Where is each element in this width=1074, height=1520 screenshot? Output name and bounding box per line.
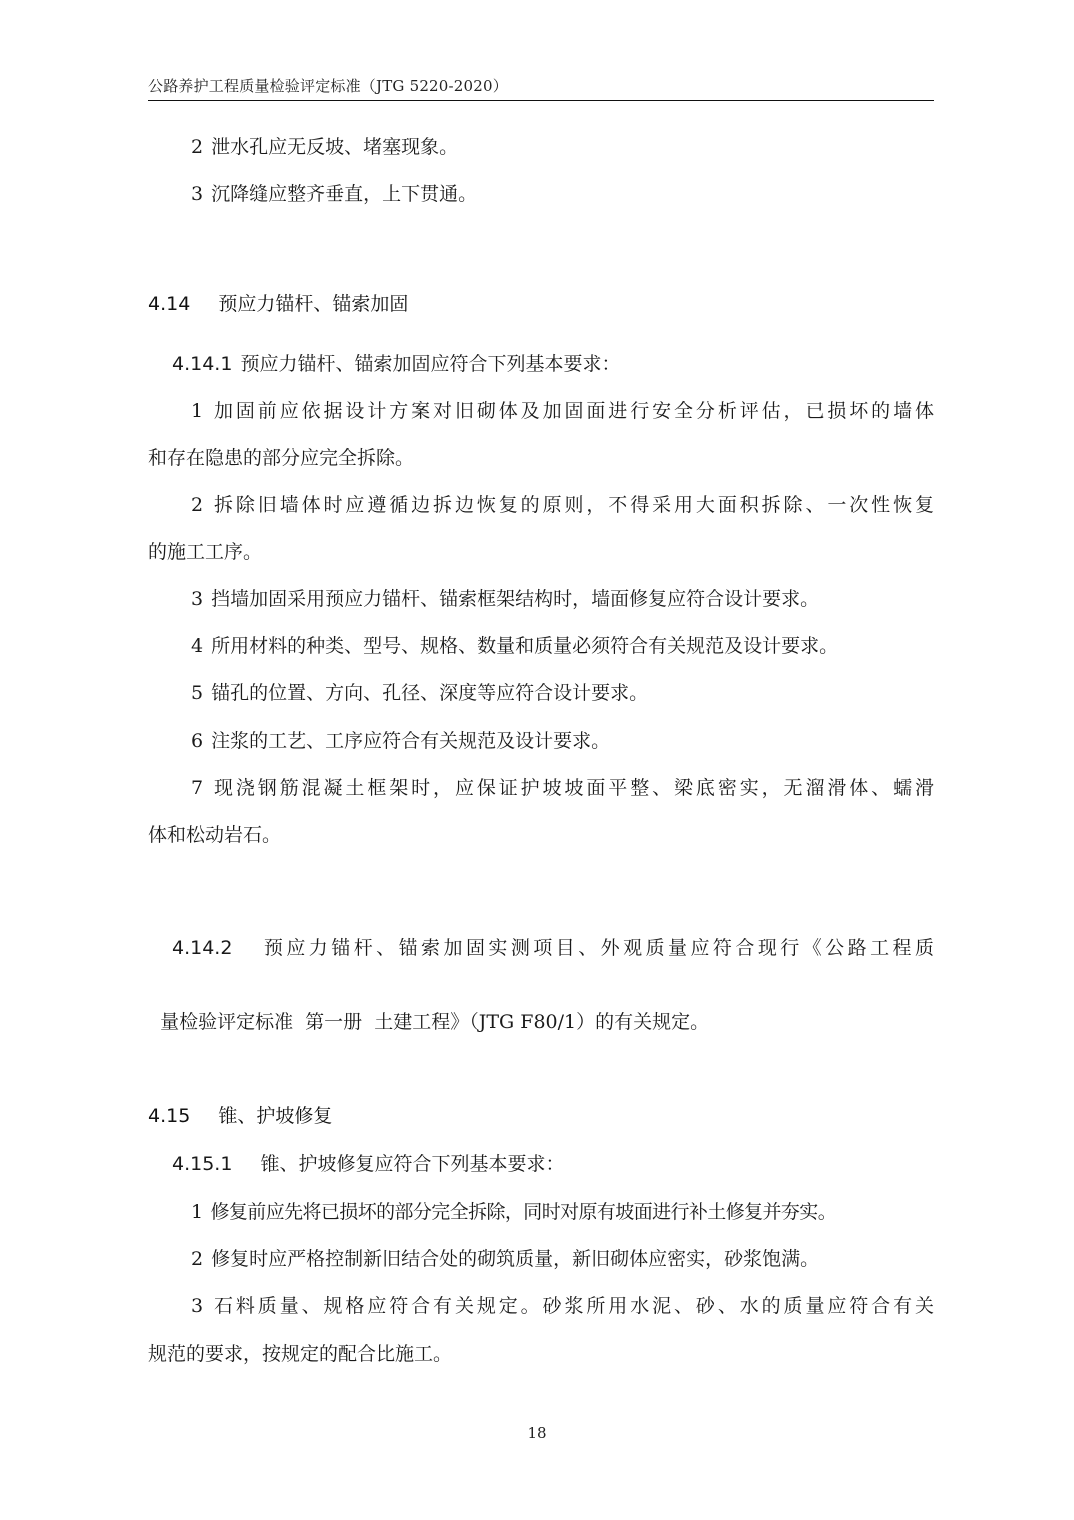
section-heading-4-15: 4.15锥、护坡修复 (148, 1103, 934, 1129)
item-number: 3 (191, 1295, 203, 1317)
item-number: 3 (191, 183, 203, 205)
item-text: 修复前应先将已损坏的部分完全拆除，同时对原有坡面进行补土修复并夯实。 (211, 1201, 837, 1223)
item-text: 挡墙加固采用预应力锚杆、锚索框架结构时，墙面修复应符合设计要求。 (211, 588, 819, 610)
list-item: 1修复前应先将已损坏的部分完全拆除，同时对原有坡面进行补土修复并夯实。 (191, 1199, 934, 1225)
clause-4-14-1: 4.14.1预应力锚杆、锚索加固应符合下列基本要求： (172, 351, 934, 377)
clause-text: 锥、护坡修复应符合下列基本要求： (260, 1153, 564, 1175)
running-header: 公路养护工程质量检验评定标准（JTG 5220-2020） (148, 76, 934, 101)
item-text: 现浇钢筋混凝土框架时，应保证护坡坡面平整、梁底密实，无溜滑体、蠕滑 (211, 777, 934, 799)
section-title: 预应力锚杆、锚索加固 (218, 293, 408, 315)
section-heading-4-14: 4.14预应力锚杆、锚索加固 (148, 291, 934, 317)
item-text: 体和松动岩石。 (148, 824, 281, 846)
item-number: 1 (191, 400, 203, 422)
list-item: 3挡墙加固采用预应力锚杆、锚索框架结构时，墙面修复应符合设计要求。 (191, 586, 934, 612)
list-item: 3石料质量、规格应符合有关规定。砂浆所用水泥、砂、水的质量应符合有关 (191, 1293, 934, 1319)
list-item-continuation: 和存在隐患的部分应完全拆除。 (148, 445, 934, 471)
item-number: 1 (191, 1201, 203, 1223)
item-text: 锚孔的位置、方向、孔径、深度等应符合设计要求。 (211, 682, 648, 704)
item-text: 规范的要求，按规定的配合比施工。 (148, 1343, 452, 1365)
list-item-continuation: 的施工工序。 (148, 539, 934, 565)
item-number: 4 (191, 635, 203, 657)
list-item: 1加固前应依据设计方案对旧砌体及加固面进行安全分析评估，已损坏的墙体 (191, 398, 934, 424)
clause-number: 4.14.1 (172, 353, 232, 375)
item-number: 2 (191, 1248, 203, 1270)
list-item: 2泄水孔应无反坡、堵塞现象。 (191, 134, 934, 160)
item-text: 修复时应严格控制新旧结合处的砌筑质量，新旧砌体应密实，砂浆饱满。 (211, 1248, 819, 1270)
item-text: 的施工工序。 (148, 541, 262, 563)
clause-4-14-2: 4.14.2预应力锚杆、锚索加固实测项目、外观质量应符合现行《公路工程质 (172, 935, 934, 961)
list-item: 2修复时应严格控制新旧结合处的砌筑质量，新旧砌体应密实，砂浆饱满。 (191, 1246, 934, 1272)
section-number: 4.14 (148, 293, 190, 315)
list-item-continuation: 体和松动岩石。 (148, 822, 934, 848)
list-item-continuation: 规范的要求，按规定的配合比施工。 (148, 1341, 934, 1367)
section-title: 锥、护坡修复 (218, 1105, 332, 1127)
item-text: 泄水孔应无反坡、堵塞现象。 (211, 136, 458, 158)
item-text: 拆除旧墙体时应遵循边拆边恢复的原则，不得采用大面积拆除、一次性恢复 (211, 494, 934, 516)
item-text: 石料质量、规格应符合有关规定。砂浆所用水泥、砂、水的质量应符合有关 (211, 1295, 934, 1317)
list-item: 7现浇钢筋混凝土框架时，应保证护坡坡面平整、梁底密实，无溜滑体、蠕滑 (191, 775, 934, 801)
item-number: 6 (191, 730, 203, 752)
item-number: 7 (191, 777, 203, 799)
list-item: 5锚孔的位置、方向、孔径、深度等应符合设计要求。 (191, 680, 934, 706)
list-item: 4所用材料的种类、型号、规格、数量和质量必须符合有关规范及设计要求。 (191, 633, 934, 659)
page-number: 18 (0, 1424, 1074, 1442)
list-item: 6注浆的工艺、工序应符合有关规范及设计要求。 (191, 728, 934, 754)
list-item: 3沉降缝应整齐垂直，上下贯通。 (191, 181, 934, 207)
clause-number: 4.14.2 (172, 937, 232, 959)
item-text: 和存在隐患的部分应完全拆除。 (148, 447, 414, 469)
item-number: 2 (191, 136, 203, 158)
clause-4-15-1: 4.15.1锥、护坡修复应符合下列基本要求： (172, 1151, 934, 1177)
item-text: 加固前应依据设计方案对旧砌体及加固面进行安全分析评估，已损坏的墙体 (211, 400, 934, 422)
item-text: 沉降缝应整齐垂直，上下贯通。 (211, 183, 477, 205)
item-number: 2 (191, 494, 203, 516)
clause-text: 预应力锚杆、锚索加固实测项目、外观质量应符合现行《公路工程质 (260, 937, 934, 959)
clause-text: 预应力锚杆、锚索加固应符合下列基本要求： (240, 353, 620, 375)
clause-continuation: 量检验评定标准 第一册 土建工程》（JTG F80/1）的有关规定。 (148, 983, 934, 1035)
item-number: 5 (191, 682, 203, 704)
running-header-title: 公路养护工程质量检验评定标准（JTG 5220-2020） (148, 77, 508, 95)
list-item: 2拆除旧墙体时应遵循边拆边恢复的原则，不得采用大面积拆除、一次性恢复 (191, 492, 934, 518)
clause-number: 4.15.1 (172, 1153, 232, 1175)
item-number: 3 (191, 588, 203, 610)
clause-text: 量检验评定标准 第一册 土建工程》（JTG F80/1）的有关规定。 (160, 1011, 709, 1033)
item-text: 注浆的工艺、工序应符合有关规范及设计要求。 (211, 730, 610, 752)
section-number: 4.15 (148, 1105, 190, 1127)
item-text: 所用材料的种类、型号、规格、数量和质量必须符合有关规范及设计要求。 (211, 635, 838, 657)
